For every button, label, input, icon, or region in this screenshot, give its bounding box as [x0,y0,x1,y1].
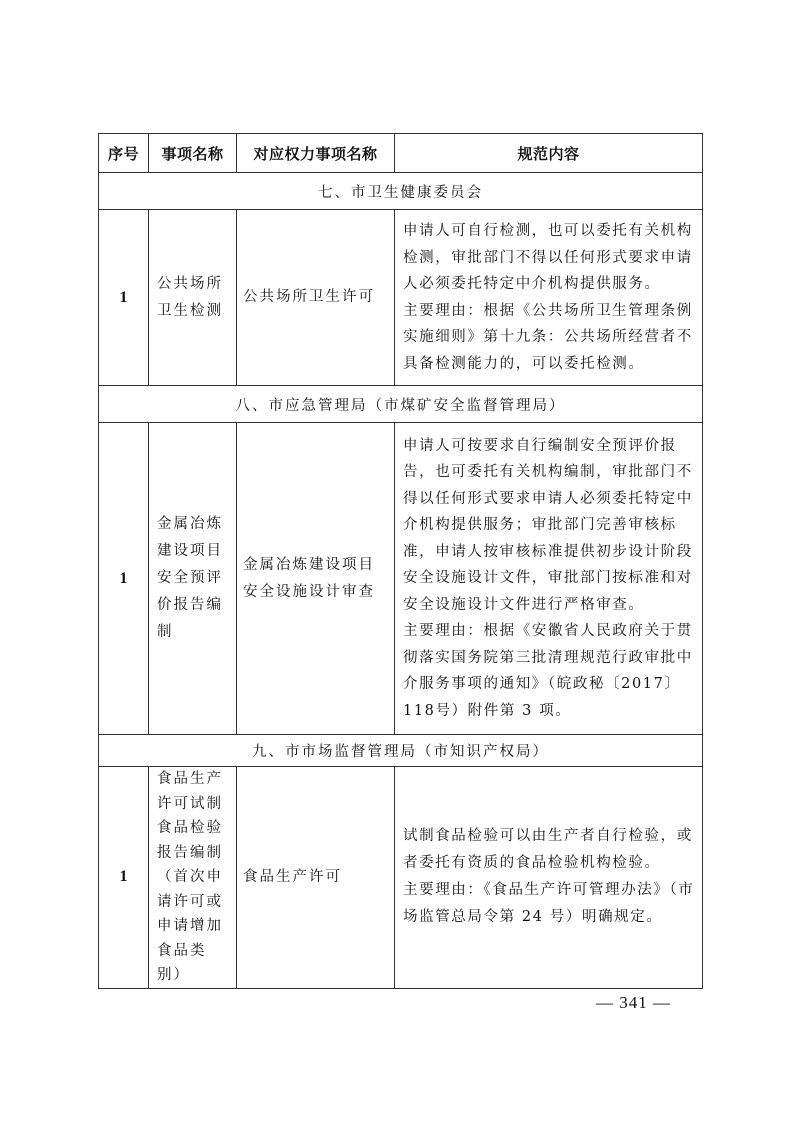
content-paragraph: 试制食品检验可以由生产者自行检验，或者委托有资质的食品检验机构检验。 [403,823,696,877]
header-power-item-name: 对应权力事项名称 [237,134,395,173]
content-paragraph: 申请人可按要求自行编制安全预评价报告，也可委托有关机构编制，审批部门不得以任何形… [403,433,696,619]
section-title: 八、市应急管理局（市煤矿安全监督管理局） [99,386,703,423]
row-number: 1 [99,210,149,386]
table-row: 1 食品生产许可试制食品检验报告编制（首次申请许可或申请增加食品类别） 食品生产… [99,767,703,989]
item-name: 食品生产许可试制食品检验报告编制（首次申请许可或申请增加食品类别） [149,767,237,989]
header-regulation-content: 规范内容 [395,134,703,173]
content-paragraph: 申请人可自行检测，也可以委托有关机构检测，审批部门不得以任何形式要求申请人必须委… [403,218,696,298]
header-item-name: 事项名称 [149,134,237,173]
table-header-row: 序号 事项名称 对应权力事项名称 规范内容 [99,134,703,173]
power-item-name: 公共场所卫生许可 [237,210,395,386]
regulation-content: 申请人可自行检测，也可以委托有关机构检测，审批部门不得以任何形式要求申请人必须委… [395,210,703,386]
page-number: — 341 — [596,993,671,1013]
regulation-content: 试制食品检验可以由生产者自行检验，或者委托有资质的食品检验机构检验。 主要理由：… [395,767,703,989]
section-row-emergency-management: 八、市应急管理局（市煤矿安全监督管理局） [99,386,703,423]
power-item-name: 食品生产许可 [237,767,395,989]
table-row: 1 金属冶炼建设项目安全预评价报告编制 金属冶炼建设项目安全设施设计审查 申请人… [99,423,703,735]
content-reason: 主要理由：根据《安徽省人民政府关于贯彻落实国务院第三批清理规范行政审批中介服务事… [403,618,696,724]
table-row: 1 公共场所卫生检测 公共场所卫生许可 申请人可自行检测，也可以委托有关机构检测… [99,210,703,386]
regulation-table: 序号 事项名称 对应权力事项名称 规范内容 七、市卫生健康委员会 1 公共场所卫… [98,133,703,989]
content-reason: 主要理由：根据《公共场所卫生管理条例实施细则》第十九条：公共场所经营者不具备检测… [403,298,696,378]
regulation-content: 申请人可按要求自行编制安全预评价报告，也可委托有关机构编制，审批部门不得以任何形… [395,423,703,735]
section-row-health-commission: 七、市卫生健康委员会 [99,173,703,210]
section-title: 七、市卫生健康委员会 [99,173,703,210]
item-name: 金属冶炼建设项目安全预评价报告编制 [149,423,237,735]
item-name: 公共场所卫生检测 [149,210,237,386]
section-row-market-supervision: 九、市市场监督管理局（市知识产权局） [99,735,703,767]
power-item-name: 金属冶炼建设项目安全设施设计审查 [237,423,395,735]
header-serial-number: 序号 [99,134,149,173]
section-title: 九、市市场监督管理局（市知识产权局） [99,735,703,767]
row-number: 1 [99,767,149,989]
row-number: 1 [99,423,149,735]
content-reason: 主要理由：《食品生产许可管理办法》（市场监管总局令第 24 号）明确规定。 [403,877,696,931]
